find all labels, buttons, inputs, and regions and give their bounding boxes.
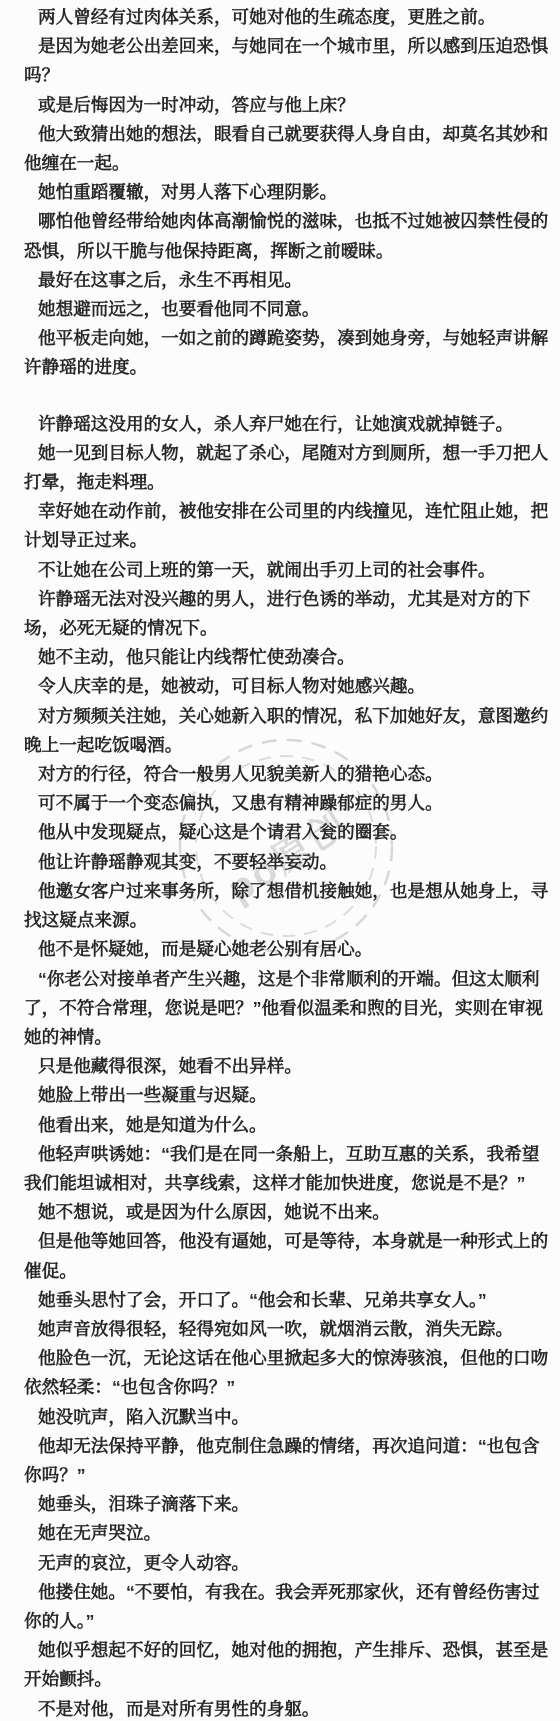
paragraph: 她不想说，或是因为什么原因，她说不出来。 <box>24 1198 556 1227</box>
paragraph: 他搂住她。“不要怕，有我在。我会弄死那家伙，还有曾经伤害过你的人。” <box>24 1578 556 1636</box>
paragraph: 但是他等她回答，他没有逼她，可是等待，本身就是一种形式上的催促。 <box>24 1227 556 1285</box>
paragraph: 哪怕他曾经带给她肉体高潮愉悦的滋味，也抵不过她被囚禁性侵的恐惧，所以干脆与他保持… <box>24 207 556 265</box>
paragraph: 无声的哀泣，更令人动容。 <box>24 1549 556 1578</box>
paragraph: 幸好她在动作前，被他安排在公司里的内线撞见，连忙阻止她，把计划导正过来。 <box>24 497 556 555</box>
paragraph: 他不是怀疑她，而是疑心她老公别有居心。 <box>24 935 556 964</box>
paragraph: 他脸色一沉，无论这话在他心里掀起多大的惊涛骇浪，但他的口吻依然轻柔：“也包含你吗… <box>24 1344 556 1402</box>
paragraph: 她声音放得很轻，轻得宛如风一吹，就烟消云散，消失无踪。 <box>24 1315 556 1344</box>
paragraph: 对方频频关注她，关心她新入职的情况，私下加她好友，意图邀约晚上一起吃饭喝酒。 <box>24 702 556 760</box>
paragraph: 他看出来，她是知道为什么。 <box>24 1111 556 1140</box>
paragraph: 她垂头，泪珠子滴落下来。 <box>24 1490 556 1519</box>
paragraph: 不让她在公司上班的第一天，就闹出手刃上司的社会事件。 <box>24 556 556 585</box>
paragraph: 可不属于一个变态偏执，又患有精神躁郁症的男人。 <box>24 789 556 818</box>
paragraph: 她一见到目标人物，就起了杀心，尾随对方到厕所，想一手刀把人打晕，拖走料理。 <box>24 439 556 497</box>
paragraph: 对方的行径，符合一般男人见貌美新人的猎艳心态。 <box>24 760 556 789</box>
paragraph: 她似乎想起不好的回忆，她对他的拥抱，产生排斥、恐惧，甚至是开始颤抖。 <box>24 1636 556 1694</box>
paragraph: 他邀女客户过来事务所，除了想借机接触她，也是想从她身上，寻找这疑点来源。 <box>24 877 556 935</box>
paragraph: 他从中发现疑点，疑心这是个请君入瓮的圈套。 <box>24 818 556 847</box>
paragraph: 她脸上带出一些凝重与迟疑。 <box>24 1081 556 1110</box>
paragraph: 或是后悔因为一时冲动，答应与他上床？ <box>24 91 556 120</box>
paragraph: 两人曾经有过肉体关系，可她对他的生疏态度，更胜之前。 <box>24 3 556 32</box>
paragraph: 她怕重蹈覆辙，对男人落下心理阴影。 <box>24 178 556 207</box>
paragraph: 他让许静瑶静观其变，不要轻举妄动。 <box>24 848 556 877</box>
paragraph: 是因为她老公出差回来，与她同在一个城市里，所以感到压迫恐惧吗？ <box>24 32 556 90</box>
paragraph: 她想避而远之，也要看他同不同意。 <box>24 295 556 324</box>
paragraph: 他平板走向她，一如之前的蹲跪姿势，凑到她身旁，与她轻声讲解许静瑶的进度。 <box>24 324 556 382</box>
novel-text: 两人曾经有过肉体关系，可她对他的生疏态度，更胜之前。是因为她老公出差回来，与她同… <box>0 0 560 1721</box>
paragraph: “你老公对接单者产生兴趣，这是个非常顺利的开端。但这太顺利了，不符合常理，您说是… <box>24 965 556 1053</box>
paragraph: 不是对他，而是对所有男性的身躯。 <box>24 1695 556 1721</box>
paragraph: 他大致猜出她的想法，眼看自己就要获得人身自由，却莫名其妙和他缠在一起。 <box>24 120 556 178</box>
novel-reader-page[interactable]: po原创 两人曾经有过肉体关系，可她对他的生疏态度，更胜之前。是因为她老公出差回… <box>0 0 560 1721</box>
paragraph: 他轻声哄诱她：“我们是在同一条船上，互助互惠的关系，我希望我们能坦诚相对，共享线… <box>24 1140 556 1198</box>
paragraph: 她没吭声，陷入沉默当中。 <box>24 1403 556 1432</box>
paragraph: 许静瑶无法对没兴趣的男人，进行色诱的举动，尤其是对方的下场，必死无疑的情况下。 <box>24 585 556 643</box>
paragraph: 许静瑶这没用的女人，杀人弃尸她在行，让她演戏就掉链子。 <box>24 410 556 439</box>
paragraph: 他却无法保持平静，他克制住急躁的情绪，再次追问道：“也包含你吗？” <box>24 1432 556 1490</box>
paragraph: 她不主动，他只能让内线帮忙使劲凑合。 <box>24 643 556 672</box>
paragraph: 她垂头思忖了会，开口了。“他会和长辈、兄弟共享女人。” <box>24 1286 556 1315</box>
paragraph: 她在无声哭泣。 <box>24 1519 556 1548</box>
paragraph: 最好在这事之后，永生不再相见。 <box>24 266 556 295</box>
paragraph: 令人庆幸的是，她被动，可目标人物对她感兴趣。 <box>24 672 556 701</box>
paragraph: 只是他藏得很深，她看不出异样。 <box>24 1052 556 1081</box>
